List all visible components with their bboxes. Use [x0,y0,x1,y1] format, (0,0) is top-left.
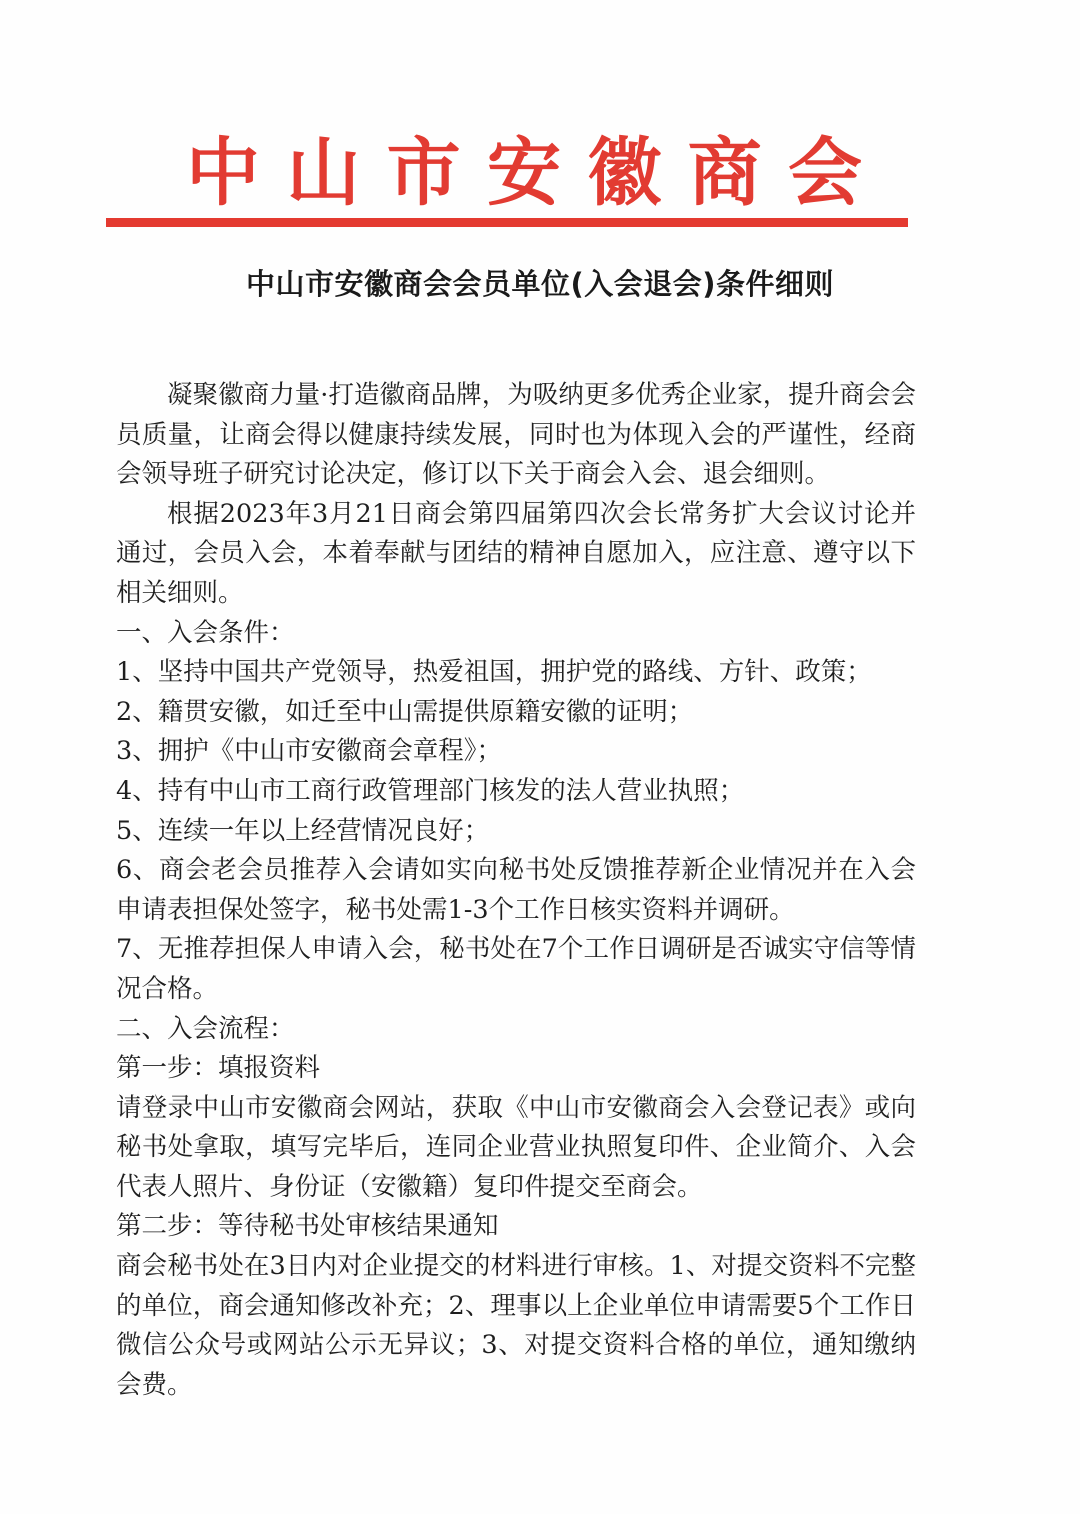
document-body: 凝聚徽商力量·打造徽商品牌，为吸纳更多优秀企业家，提升商会会员质量，让商会得以健… [116,376,916,1405]
step-heading: 第一步：填报资料 [116,1049,916,1089]
masthead-char: 会 [788,128,862,218]
red-divider-rule [106,218,908,227]
section-heading-process: 二、入会流程： [116,1010,916,1050]
condition-item: 1、坚持中国共产党领导，热爱祖国，拥护党的路线、方针、政策； [116,653,916,693]
document-title: 中山市安徽商会会员单位(入会退会)条件细则 [0,262,1080,306]
masthead-char: 中 [186,128,260,218]
condition-item: 2、籍贯安徽，如迁至中山需提供原籍安徽的证明； [116,693,916,733]
condition-item: 7、无推荐担保人申请入会，秘书处在7个工作日调研是否诚实守信等情况合格。 [116,930,916,1009]
condition-item: 6、商会老会员推荐入会请如实向秘书处反馈推荐新企业情况并在入会申请表担保处签字，… [116,851,916,930]
step-description: 商会秘书处在3日内对企业提交的材料进行审核。1、对提交资料不完整的单位，商会通知… [116,1247,916,1405]
condition-item: 5、连续一年以上经营情况良好； [116,812,916,852]
masthead-char: 徽 [587,128,661,218]
masthead-char: 商 [688,128,762,218]
condition-item: 4、持有中山市工商行政管理部门核发的法人营业执照； [116,772,916,812]
condition-item: 3、拥护《中山市安徽商会章程》； [116,732,916,772]
section-heading-conditions: 一、入会条件： [116,614,916,654]
masthead-char: 市 [387,128,461,218]
intro-paragraph: 凝聚徽商力量·打造徽商品牌，为吸纳更多优秀企业家，提升商会会员质量，让商会得以健… [116,376,916,495]
step-heading: 第二步：等待秘书处审核结果通知 [116,1207,916,1247]
masthead-char: 山 [286,128,360,218]
resolution-paragraph: 根据2023年3月21日商会第四届第四次会长常务扩大会议讨论并通过，会员入会，本… [116,495,916,614]
masthead-char: 安 [487,128,561,218]
masthead-title: 中 山 市 安 徽 商 会 [108,128,908,218]
step-description: 请登录中山市安徽商会网站，获取《中山市安徽商会入会登记表》或向秘书处拿取，填写完… [116,1089,916,1208]
document-page: 中 山 市 安 徽 商 会 中山市安徽商会会员单位(入会退会)条件细则 凝聚徽商… [0,0,1080,1514]
